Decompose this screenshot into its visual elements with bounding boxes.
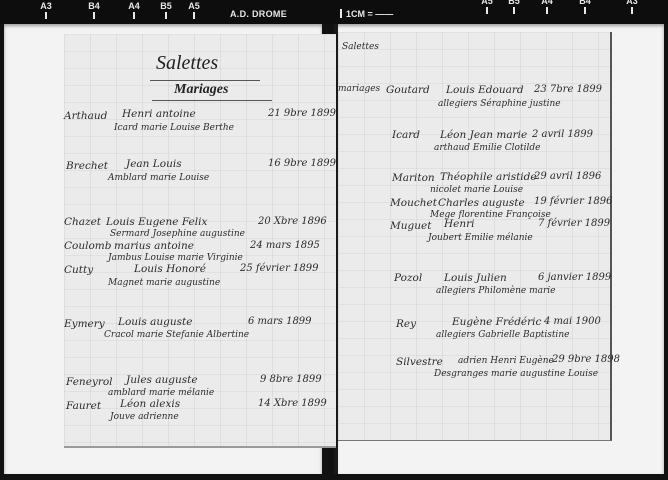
entry-date: 23 7bre 1899 xyxy=(534,84,602,95)
marker-label: A5 xyxy=(188,1,200,11)
marker-tick xyxy=(193,12,195,19)
page-subtitle: mariages xyxy=(338,84,380,94)
entry-surname: Pozol xyxy=(394,272,422,284)
entry-wife: allegiers Philomène marie xyxy=(436,286,555,296)
entry-wife: Jambus Louise marie Virginie xyxy=(108,253,243,263)
entry-wife: Cracol marie Stefanie Albertine xyxy=(104,330,249,340)
entry-surname: Arthaud xyxy=(64,110,107,122)
entry-husband: adrien Henri Eugène xyxy=(458,356,554,366)
marker-tick xyxy=(631,7,633,14)
entry-date: 21 9bre 1899 xyxy=(268,108,336,119)
entry-husband: Henri xyxy=(444,218,475,230)
entry-surname: Mariton xyxy=(392,172,435,184)
size-marker-b5-left: B5 xyxy=(154,1,178,19)
entry-date: 7 février 1899 xyxy=(538,218,610,229)
entry-date: 6 janvier 1899 xyxy=(538,272,611,283)
entry-husband: Jules auguste xyxy=(126,374,198,386)
size-marker-a3-left: A3 xyxy=(34,1,58,19)
entry-date: 25 février 1899 xyxy=(240,263,318,274)
entry-surname: Brechet xyxy=(66,160,108,172)
entry-date: 6 mars 1899 xyxy=(248,316,312,327)
entry-husband: Louis auguste xyxy=(118,316,192,328)
entry-wife: Desgranges marie augustine Louise xyxy=(434,369,598,379)
entry-surname: Fauret xyxy=(66,400,101,412)
entry-surname: Feneyrol xyxy=(66,376,113,388)
size-marker-b4-right: B4 xyxy=(573,0,597,14)
entry-surname: Cutty xyxy=(64,264,93,276)
marker-label: A4 xyxy=(541,0,553,6)
marker-tick xyxy=(45,12,47,19)
size-marker-b5-right: B5 xyxy=(502,0,526,14)
marker-label: B4 xyxy=(88,1,100,11)
marker-label: B5 xyxy=(160,1,172,11)
entry-husband: Henri antoine xyxy=(122,108,196,120)
entry-date: 4 mai 1900 xyxy=(544,316,601,327)
entry-wife: allegiers Séraphine justine xyxy=(438,99,561,109)
entry-wife: amblard marie mélanie xyxy=(108,388,214,398)
marker-tick xyxy=(546,7,548,14)
entry-husband: Louis Honoré xyxy=(134,263,206,275)
size-marker-a4-right: A4 xyxy=(535,0,559,14)
page-subtitle: Mariages xyxy=(174,82,228,98)
entry-husband: marius antoine xyxy=(114,240,194,252)
size-marker-a5-right: A5 xyxy=(475,0,499,14)
entry-wife: Icard marie Louise Berthe xyxy=(114,123,234,133)
marker-tick xyxy=(93,12,95,19)
scale-text: 1CM = —— xyxy=(346,9,393,19)
entry-wife: Jouve adrienne xyxy=(110,412,179,422)
right-register-page: Salettes mariages Goutard Louis Edouard … xyxy=(338,32,612,441)
size-marker-a3-right: A3 xyxy=(620,0,644,14)
size-marker-a5-left: A5 xyxy=(182,1,206,19)
entry-surname: Chazet xyxy=(64,216,101,228)
entry-husband: Louis Edouard xyxy=(446,84,524,96)
entry-surname: Goutard xyxy=(386,84,430,96)
entry-husband: Louis Eugene Felix xyxy=(106,216,207,228)
entry-surname: Silvestre xyxy=(396,356,443,368)
entry-surname: Mouchet xyxy=(390,197,437,209)
entry-wife: arthaud Emilie Clotilde xyxy=(434,143,540,153)
subtitle-underline xyxy=(152,100,272,101)
entry-date: 2 avril 1899 xyxy=(532,129,593,140)
entry-wife: Sermard Josephine augustine xyxy=(110,229,245,239)
entry-date: 24 mars 1895 xyxy=(250,240,320,251)
entry-date: 19 février 1896 xyxy=(534,196,612,207)
page-title: Salettes xyxy=(342,42,379,52)
entry-husband: Louis Julien xyxy=(444,272,507,284)
entry-husband: Charles auguste xyxy=(438,197,525,209)
entry-date: 29 avril 1896 xyxy=(534,171,601,182)
marker-tick xyxy=(165,12,167,19)
archive-label: A.D. DROME xyxy=(230,9,287,19)
entry-surname: Eymery xyxy=(64,318,105,330)
entry-wife: Magnet marie augustine xyxy=(108,278,220,288)
microfilm-bottom-bar xyxy=(0,474,668,480)
entry-surname: Muguet xyxy=(390,220,431,232)
marker-label: B4 xyxy=(579,0,591,6)
entry-husband: Jean Louis xyxy=(126,158,182,170)
marker-label: A3 xyxy=(40,1,52,11)
entry-date: 20 Xbre 1896 xyxy=(258,216,327,227)
size-marker-a4-left: A4 xyxy=(122,1,146,19)
entry-husband: Eugène Frédéric xyxy=(452,316,541,328)
entry-surname: Icard xyxy=(392,129,420,141)
entry-surname: Coulomb xyxy=(64,240,111,252)
entry-date: 14 Xbre 1899 xyxy=(258,398,327,409)
marker-label: A4 xyxy=(128,1,140,11)
entry-husband: Léon alexis xyxy=(120,398,180,410)
scale-label: 1CM = —— xyxy=(340,9,393,19)
marker-label: A3 xyxy=(626,0,638,6)
entry-husband: Théophile aristide xyxy=(440,171,537,183)
marker-label: A5 xyxy=(481,0,493,6)
marker-label: B5 xyxy=(508,0,520,6)
entry-surname: Rey xyxy=(396,318,416,330)
entry-wife: allegiers Gabrielle Baptistine xyxy=(436,330,569,340)
title-underline xyxy=(150,80,260,81)
size-marker-b4-left: B4 xyxy=(82,1,106,19)
entry-date: 9 8bre 1899 xyxy=(260,374,322,385)
entry-wife: Joubert Emilie mélanie xyxy=(428,233,533,243)
page-title: Salettes xyxy=(156,52,218,75)
microfilm-header-bar: A3 B4 A4 B5 A5 A.D. DROME 1CM = —— A5 B5… xyxy=(0,0,668,24)
marker-tick xyxy=(513,7,515,14)
marker-tick xyxy=(486,7,488,14)
entry-wife: Amblard marie Louise xyxy=(108,173,209,183)
entry-date: 29 9bre 1898 xyxy=(552,354,620,365)
left-register-page: Salettes Mariages Arthaud Henri antoine … xyxy=(64,34,336,448)
entry-wife: nicolet marie Louise xyxy=(430,185,523,195)
scale-divider xyxy=(340,9,342,18)
marker-tick xyxy=(133,12,135,19)
entry-husband: Léon Jean marie xyxy=(440,129,527,141)
entry-date: 16 9bre 1899 xyxy=(268,158,336,169)
marker-tick xyxy=(584,7,586,14)
